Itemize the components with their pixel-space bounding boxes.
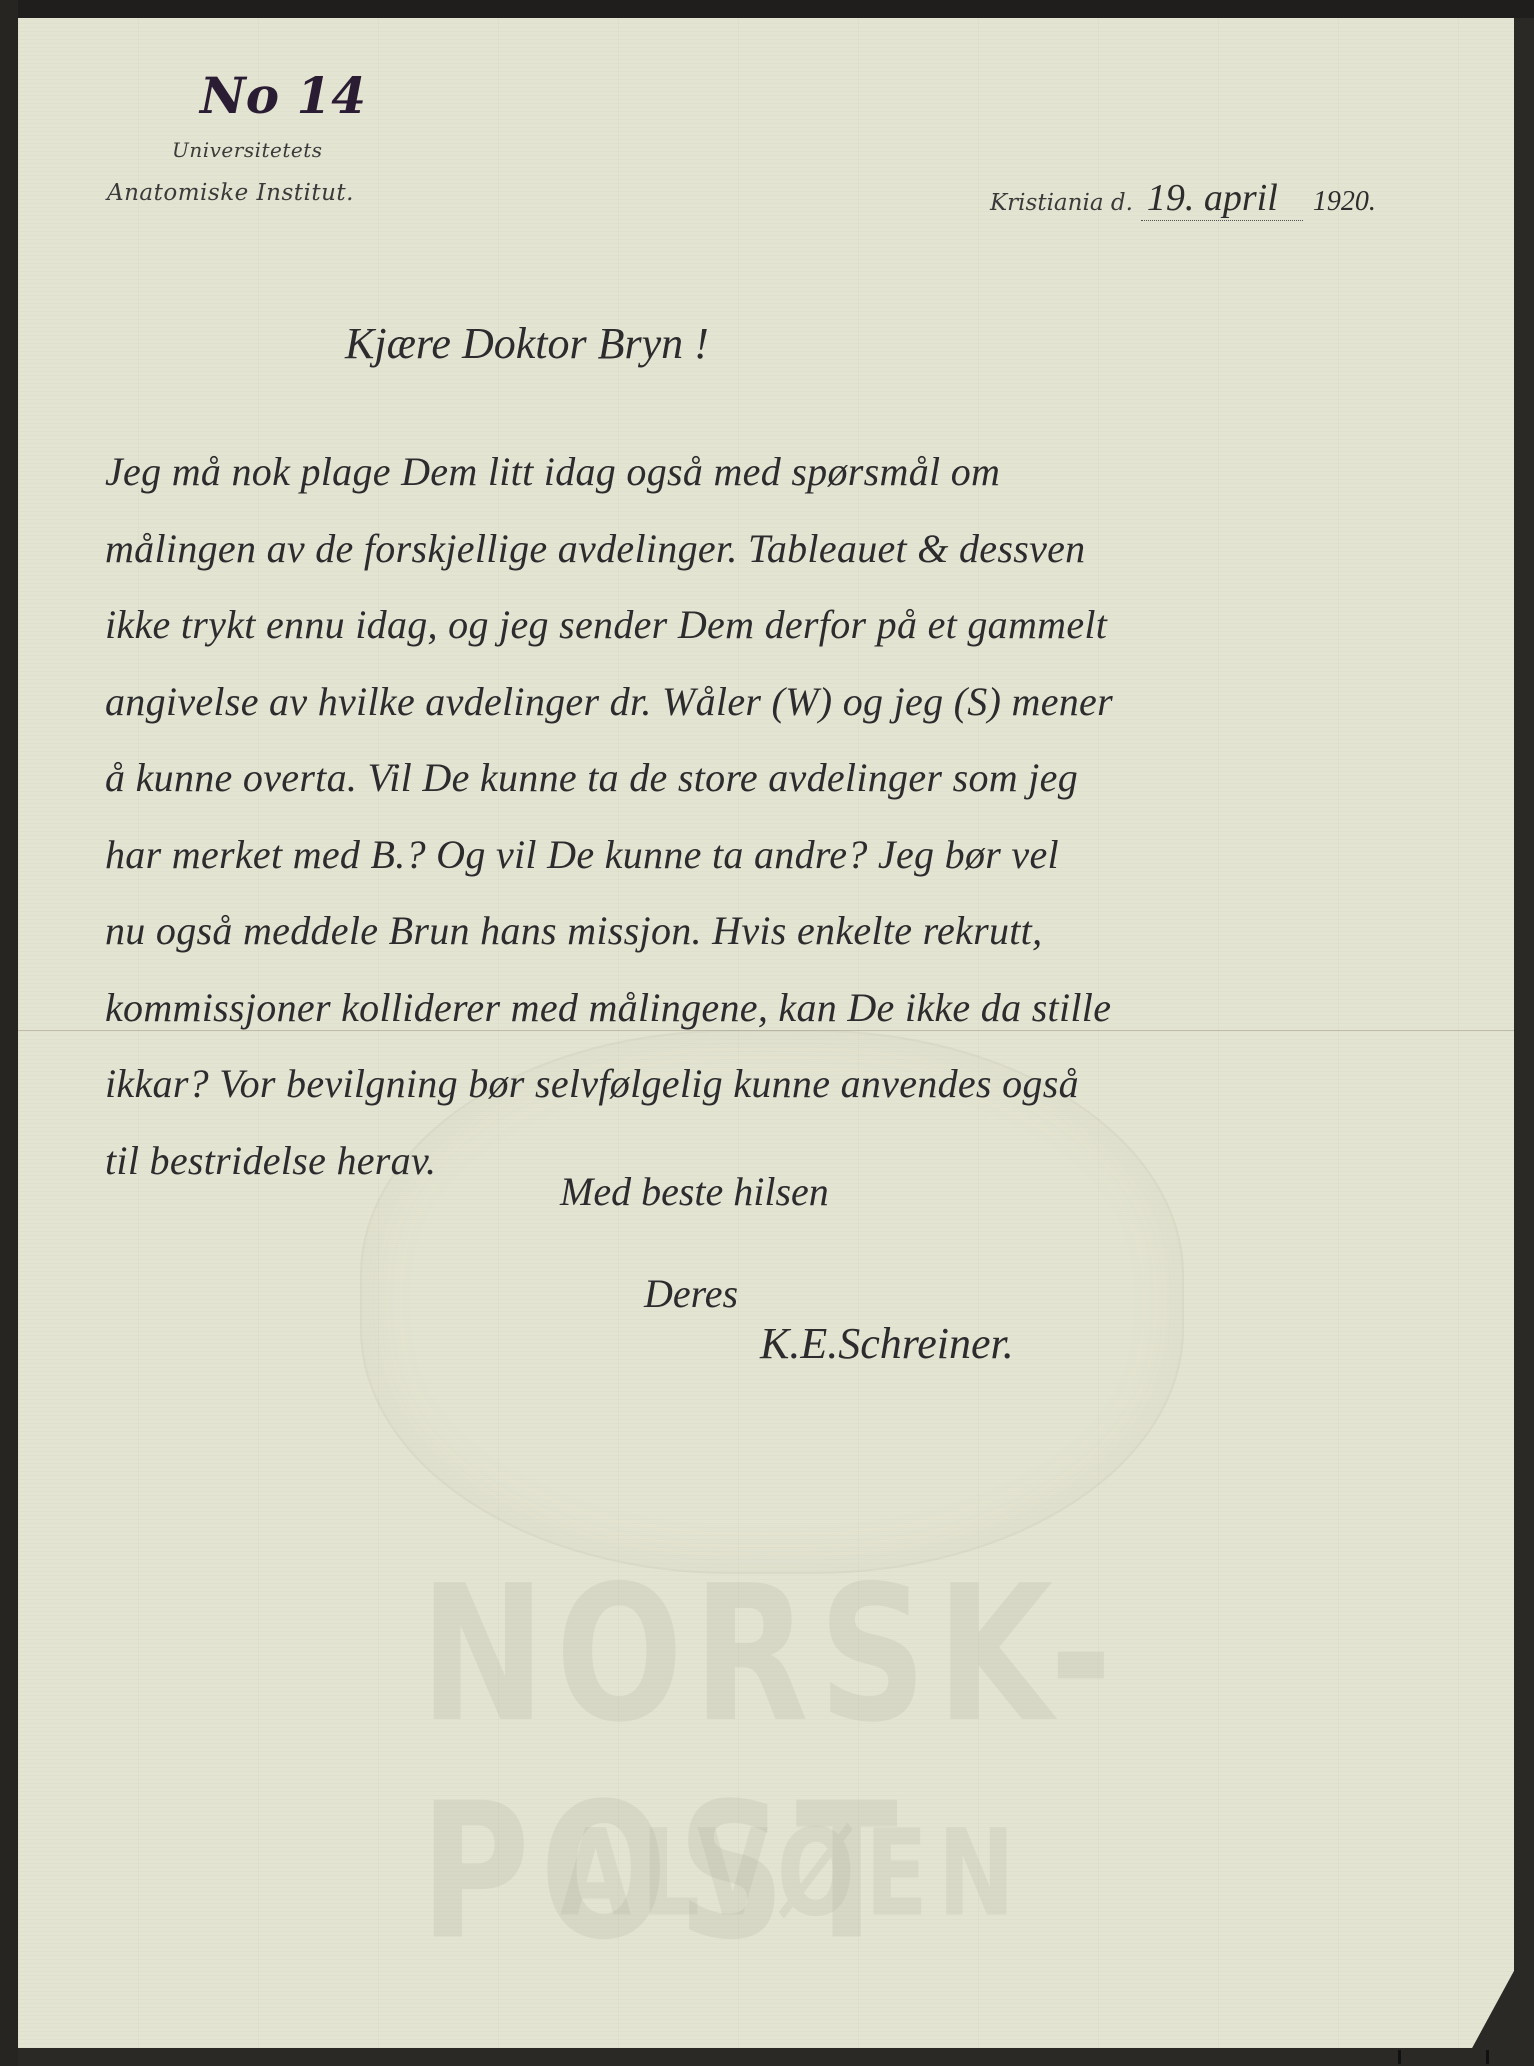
dateline: Kristiania d. 19. april 1920. — [990, 176, 1376, 221]
body-line: nu også meddele Brun hans missjon. Hvis … — [105, 907, 1485, 984]
closing: Med beste hilsen — [560, 1168, 829, 1215]
letterhead-university: Universitetets — [172, 138, 323, 162]
letter-body: Jeg må nok plage Dem litt idag også med … — [105, 448, 1485, 1213]
body-line: har merket med B.? Og vil De kunne ta an… — [105, 831, 1485, 908]
scan-background-top — [0, 0, 1534, 18]
watermark-text-line2: ALVØEN — [560, 1804, 1160, 1943]
body-line: ikkar? Vor bevilgning bør selvfølgelig k… — [105, 1060, 1485, 1137]
dateline-place: Kristiania d. — [990, 190, 1133, 216]
body-line: Jeg må nok plage Dem litt idag også med … — [105, 448, 1485, 525]
document-number: No 14 — [200, 66, 366, 125]
body-line: målingen av de forskjellige avdelinger. … — [105, 525, 1485, 602]
salutation: Kjære Doktor Bryn ! — [345, 318, 709, 369]
dateline-date: 19. april — [1141, 176, 1303, 221]
scan-edge-mark — [1486, 2050, 1489, 2064]
body-line: å kunne overta. Vil De kunne ta de store… — [105, 754, 1485, 831]
letterhead-institute: Anatomiske Institut. — [107, 180, 354, 206]
scan-background-left — [0, 0, 18, 2066]
body-line: angivelse av hvilke avdelinger dr. Wåler… — [105, 678, 1485, 755]
body-line: kommissjoner kolliderer med målingene, k… — [105, 984, 1485, 1061]
valediction: Deres — [644, 1270, 738, 1317]
dateline-year: 1920. — [1313, 186, 1376, 218]
body-line: ikke trykt ennu idag, og jeg sender Dem … — [105, 601, 1485, 678]
scan-edge-mark — [1398, 2050, 1401, 2064]
signature: K.E.Schreiner. — [760, 1318, 1014, 1369]
